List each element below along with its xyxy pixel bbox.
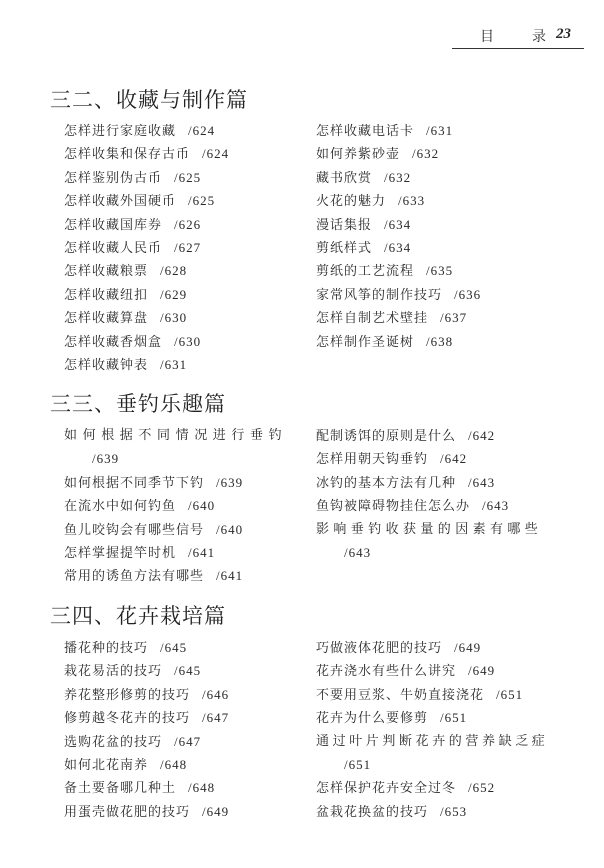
entry-title: 备土要备哪几种土 — [64, 781, 176, 796]
entry-page: /640 — [188, 498, 215, 513]
entry-page: /626 — [174, 217, 201, 232]
entry-page: /636 — [454, 287, 481, 302]
entry-page: /649 — [202, 804, 229, 819]
toc-entry[interactable]: 冰钓的基本方法有几种/643 — [316, 471, 542, 494]
toc-entry[interactable]: 播花种的技巧/645 — [64, 636, 229, 659]
entry-page: /634 — [384, 240, 411, 255]
toc-entry-continuation[interactable]: /651 — [316, 753, 548, 776]
entry-title: 怎样收集和保存古币 — [64, 147, 190, 162]
toc-entry[interactable]: 怎样用朝天钩垂钓/642 — [316, 447, 542, 470]
entry-title: 怎样收藏电话卡 — [316, 124, 414, 139]
toc-entry[interactable]: 怎样自制艺术壁挂/637 — [316, 306, 481, 329]
entry-title: 配制诱饵的原则是什么 — [316, 429, 456, 444]
entry-title: 鱼钩被障碍物挂住怎么办 — [316, 499, 470, 514]
entry-page: /632 — [384, 170, 411, 185]
entry-title: 在流水中如何钓鱼 — [64, 499, 176, 514]
entry-title: 如何北花南养 — [64, 758, 148, 773]
entry-title: 如何根据不同情况进行垂钓 — [64, 428, 287, 443]
toc-entry[interactable]: 剪纸样式/634 — [316, 236, 481, 259]
running-header: 目 录 23 — [452, 26, 584, 49]
entry-page: /651 — [496, 687, 523, 702]
toc-entry[interactable]: 盆栽花换盆的技巧/653 — [316, 800, 548, 823]
toc-column-left-34: 播花种的技巧/645 栽花易活的技巧/645 养花整形修剪的技巧/646 修剪越… — [64, 636, 229, 823]
entry-title: 冰钓的基本方法有几种 — [316, 476, 456, 491]
toc-entry[interactable]: 怎样收藏国库券/626 — [64, 213, 229, 236]
toc-entry[interactable]: 在流水中如何钓鱼/640 — [64, 494, 287, 517]
toc-entry[interactable]: 如何北花南养/648 — [64, 753, 229, 776]
entry-page: /649 — [468, 663, 495, 678]
toc-entry[interactable]: 备土要备哪几种土/648 — [64, 776, 229, 799]
toc-entry[interactable]: 怎样收藏钟表/631 — [64, 353, 229, 376]
toc-entry-continuation[interactable]: /643 — [316, 541, 542, 564]
entry-title: 怎样收藏国库券 — [64, 218, 162, 233]
entry-page: /649 — [454, 640, 481, 655]
toc-entry[interactable]: 怎样进行家庭收藏/624 — [64, 119, 229, 142]
entry-title: 花卉浇水有些什么讲究 — [316, 664, 456, 679]
section-title-33: 三三、垂钓乐趣篇 — [50, 388, 226, 418]
toc-entry[interactable]: 用蛋壳做花肥的技巧/649 — [64, 800, 229, 823]
toc-entry[interactable]: 怎样掌握提竿时机/641 — [64, 541, 287, 564]
entry-title: 通过叶片判断花卉的营养缺乏症 — [316, 734, 548, 749]
entry-title: 怎样收藏外国硬币 — [64, 194, 176, 209]
entry-page: /641 — [216, 568, 243, 583]
entry-page: /639 — [92, 451, 119, 466]
entry-title: 鱼儿咬钩会有哪些信号 — [64, 523, 204, 538]
entry-title: 怎样收藏钟表 — [64, 358, 148, 373]
entry-page: /638 — [426, 334, 453, 349]
toc-entry[interactable]: 常用的诱鱼方法有哪些/641 — [64, 564, 287, 587]
entry-title: 怎样收藏人民币 — [64, 241, 162, 256]
toc-entry[interactable]: 花卉浇水有些什么讲究/649 — [316, 659, 548, 682]
entry-page: /651 — [440, 710, 467, 725]
entry-title: 怎样制作圣诞树 — [316, 335, 414, 350]
entry-title: 养花整形修剪的技巧 — [64, 688, 190, 703]
toc-entry[interactable]: 修剪越冬花卉的技巧/647 — [64, 706, 229, 729]
toc-entry[interactable]: 花卉为什么要修剪/651 — [316, 706, 548, 729]
entry-title: 影响垂钓收获量的因素有哪些 — [316, 522, 542, 537]
entry-page: /647 — [202, 710, 229, 725]
toc-entry[interactable]: 剪纸的工艺流程/635 — [316, 259, 481, 282]
header-title-char-2: 录 — [532, 26, 546, 46]
header-title-char-1: 目 — [480, 26, 494, 46]
entry-title: 漫话集报 — [316, 218, 372, 233]
entry-page: /631 — [426, 123, 453, 138]
entry-page: /643 — [344, 545, 371, 560]
toc-column-right-34: 巧做液体花肥的技巧/649 花卉浇水有些什么讲究/649 不要用豆浆、牛奶直接浇… — [316, 636, 548, 823]
entry-title: 栽花易活的技巧 — [64, 664, 162, 679]
toc-entry[interactable]: 栽花易活的技巧/645 — [64, 659, 229, 682]
entry-title: 不要用豆浆、牛奶直接浇花 — [316, 688, 484, 703]
entry-page: /625 — [188, 193, 215, 208]
toc-column-left-32: 怎样进行家庭收藏/624 怎样收集和保存古币/624 怎样鉴别伪古币/625 怎… — [64, 119, 229, 376]
entry-title: 剪纸的工艺流程 — [316, 264, 414, 279]
entry-page: /642 — [440, 451, 467, 466]
entry-page: /633 — [398, 193, 425, 208]
entry-title: 怎样用朝天钩垂钓 — [316, 452, 428, 467]
toc-entry[interactable]: 如何养紫砂壶/632 — [316, 142, 481, 165]
entry-title: 家常风筝的制作技巧 — [316, 288, 442, 303]
toc-entry[interactable]: 如何根据不同季节下钓/639 — [64, 471, 287, 494]
entry-title: 花卉为什么要修剪 — [316, 711, 428, 726]
section-title-32: 三二、收藏与制作篇 — [50, 84, 248, 114]
section-title-34: 三四、花卉栽培篇 — [50, 600, 226, 630]
entry-page: /651 — [344, 757, 371, 772]
entry-page: /635 — [426, 263, 453, 278]
toc-column-left-33: 如何根据不同情况进行垂钓 /639 如何根据不同季节下钓/639 在流水中如何钓… — [64, 424, 287, 588]
entry-page: /634 — [384, 217, 411, 232]
entry-title: 怎样收藏算盘 — [64, 311, 148, 326]
toc-entry[interactable]: 怎样收藏外国硬币/625 — [64, 189, 229, 212]
toc-column-right-33: 配制诱饵的原则是什么/642 怎样用朝天钩垂钓/642 冰钓的基本方法有几种/6… — [316, 424, 542, 564]
entry-page: /648 — [188, 780, 215, 795]
entry-page: /637 — [440, 310, 467, 325]
entry-title: 巧做液体花肥的技巧 — [316, 641, 442, 656]
entry-page: /643 — [468, 475, 495, 490]
toc-entry[interactable]: 漫话集报/634 — [316, 213, 481, 236]
entry-page: /646 — [202, 687, 229, 702]
entry-title: 怎样保护花卉安全过冬 — [316, 781, 456, 796]
page-number: 23 — [556, 26, 571, 43]
entry-page: /631 — [160, 357, 187, 372]
entry-page: /641 — [188, 545, 215, 560]
toc-entry[interactable]: 怎样保护花卉安全过冬/652 — [316, 776, 548, 799]
toc-entry[interactable]: 如何根据不同情况进行垂钓 — [64, 424, 287, 447]
entry-title: 用蛋壳做花肥的技巧 — [64, 805, 190, 820]
toc-entry[interactable]: 选购花盆的技巧/647 — [64, 730, 229, 753]
entry-title: 怎样收藏香烟盒 — [64, 335, 162, 350]
entry-title: 怎样掌握提竿时机 — [64, 546, 176, 561]
entry-title: 藏书欣赏 — [316, 171, 372, 186]
entry-page: /647 — [174, 734, 201, 749]
toc-entry[interactable]: 怎样收藏电话卡/631 — [316, 119, 481, 142]
toc-entry[interactable]: 配制诱饵的原则是什么/642 — [316, 424, 542, 447]
entry-page: /645 — [174, 663, 201, 678]
entry-page: /629 — [160, 287, 187, 302]
entry-title: 怎样收藏粮票 — [64, 264, 148, 279]
entry-page: /640 — [216, 522, 243, 537]
toc-entry[interactable]: 怎样鉴别伪古币/625 — [64, 166, 229, 189]
entry-title: 怎样进行家庭收藏 — [64, 124, 176, 139]
entry-title: 如何根据不同季节下钓 — [64, 476, 204, 491]
entry-page: /653 — [440, 804, 467, 819]
toc-entry[interactable]: 鱼钩被障碍物挂住怎么办/643 — [316, 494, 542, 517]
entry-title: 剪纸样式 — [316, 241, 372, 256]
toc-entry[interactable]: 怎样收藏香烟盒/630 — [64, 330, 229, 353]
entry-page: /648 — [160, 757, 187, 772]
entry-title: 怎样自制艺术壁挂 — [316, 311, 428, 326]
entry-page: /628 — [160, 263, 187, 278]
entry-title: 盆栽花换盆的技巧 — [316, 805, 428, 820]
toc-entry[interactable]: 怎样制作圣诞树/638 — [316, 330, 481, 353]
entry-page: /639 — [216, 475, 243, 490]
entry-title: 播花种的技巧 — [64, 641, 148, 656]
toc-entry[interactable]: 怎样收藏人民币/627 — [64, 236, 229, 259]
toc-entry[interactable]: 怎样收藏算盘/630 — [64, 306, 229, 329]
entry-page: /632 — [412, 146, 439, 161]
toc-entry[interactable]: 怎样收藏粮票/628 — [64, 259, 229, 282]
entry-page: /624 — [202, 146, 229, 161]
entry-title: 火花的魅力 — [316, 194, 386, 209]
toc-entry[interactable]: 通过叶片判断花卉的营养缺乏症 — [316, 730, 548, 753]
entry-title: 常用的诱鱼方法有哪些 — [64, 569, 204, 584]
entry-title: 怎样收藏纽扣 — [64, 288, 148, 303]
toc-entry-continuation[interactable]: /639 — [64, 447, 287, 470]
entry-page: /642 — [468, 428, 495, 443]
toc-entry[interactable]: 怎样收集和保存古币/624 — [64, 142, 229, 165]
toc-entry[interactable]: 养花整形修剪的技巧/646 — [64, 683, 229, 706]
toc-entry[interactable]: 鱼儿咬钩会有哪些信号/640 — [64, 518, 287, 541]
entry-page: /630 — [174, 334, 201, 349]
toc-entry[interactable]: 藏书欣赏/632 — [316, 166, 481, 189]
entry-page: /652 — [468, 780, 495, 795]
entry-title: 选购花盆的技巧 — [64, 735, 162, 750]
entry-page: /624 — [188, 123, 215, 138]
entry-title: 修剪越冬花卉的技巧 — [64, 711, 190, 726]
entry-title: 怎样鉴别伪古币 — [64, 171, 162, 186]
toc-entry[interactable]: 影响垂钓收获量的因素有哪些 — [316, 518, 542, 541]
entry-title: 如何养紫砂壶 — [316, 147, 400, 162]
entry-page: /630 — [160, 310, 187, 325]
toc-column-right-32: 怎样收藏电话卡/631 如何养紫砂壶/632 藏书欣赏/632 火花的魅力/63… — [316, 119, 481, 353]
toc-entry[interactable]: 怎样收藏纽扣/629 — [64, 283, 229, 306]
entry-page: /643 — [482, 498, 509, 513]
entry-page: /625 — [174, 170, 201, 185]
toc-entry[interactable]: 巧做液体花肥的技巧/649 — [316, 636, 548, 659]
toc-entry[interactable]: 不要用豆浆、牛奶直接浇花/651 — [316, 683, 548, 706]
toc-entry[interactable]: 家常风筝的制作技巧/636 — [316, 283, 481, 306]
entry-page: /645 — [160, 640, 187, 655]
entry-page: /627 — [174, 240, 201, 255]
toc-entry[interactable]: 火花的魅力/633 — [316, 189, 481, 212]
